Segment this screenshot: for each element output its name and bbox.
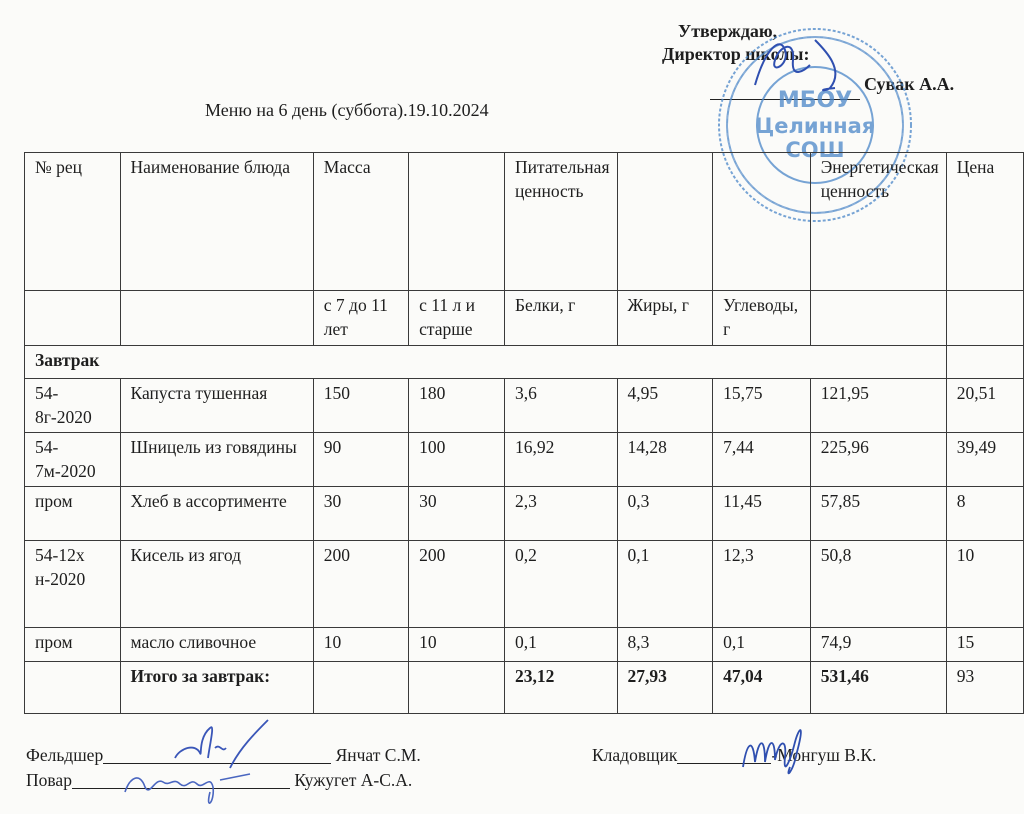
director-name: Сувак А.А. — [864, 74, 954, 94]
medic-signature-line: Фельдшер Янчат С.М. — [26, 745, 421, 766]
cell-price: 39,49 — [946, 433, 1023, 487]
cook-name: Кужугет А-С.А. — [294, 770, 412, 790]
cook-role: Повар — [26, 770, 72, 790]
cell-mass-11-plus: 200 — [409, 541, 505, 628]
cell-protein: 16,92 — [505, 433, 618, 487]
cook-signature-line: Повар Кужугет А-С.А. — [26, 770, 412, 791]
cell-mass-11-plus: 100 — [409, 433, 505, 487]
table-row: пром масло сливочное 10 10 0,1 8,3 0,1 7… — [25, 628, 1024, 662]
cell-energy: 121,95 — [810, 379, 946, 433]
cell-fat: 14,28 — [617, 433, 713, 487]
storekeeper-signature-line: Кладовщик-Монгуш В.К. — [592, 745, 876, 766]
header-row-2: с 7 до 11 лет с 11 л и старше Белки, г Ж… — [25, 291, 1024, 346]
subheader-fat: Жиры, г — [617, 291, 713, 346]
subheader-empty — [810, 291, 946, 346]
total-mass-empty — [313, 662, 408, 714]
cell-mass-7-11: 90 — [313, 433, 408, 487]
col-header-price: Цена — [946, 153, 1023, 291]
section-price-empty — [946, 346, 1023, 379]
cell-name: Хлеб в ассортименте — [120, 487, 313, 541]
cell-mass-7-11: 10 — [313, 628, 408, 662]
menu-table: № рец Наименование блюда Масса Питательн… — [24, 152, 1024, 714]
cell-carbs: 7,44 — [713, 433, 811, 487]
storekeeper-name: -Монгуш В.К. — [771, 745, 876, 765]
subheader-carbs: Углеводы, г — [713, 291, 811, 346]
subheader-mass-11-plus: с 11 л и старше — [409, 291, 505, 346]
cell-protein: 2,3 — [505, 487, 618, 541]
cell-code: пром — [25, 628, 121, 662]
cell-protein: 3,6 — [505, 379, 618, 433]
total-row: Итого за завтрак: 23,12 27,93 47,04 531,… — [25, 662, 1024, 714]
col-header-name: Наименование блюда — [120, 153, 313, 291]
total-code-empty — [25, 662, 121, 714]
total-protein: 23,12 — [505, 662, 618, 714]
signature-underline — [677, 763, 771, 764]
signature-underline — [72, 788, 290, 789]
cell-code: 54-7м-2020 — [25, 433, 121, 487]
col-header-empty — [713, 153, 811, 291]
cell-fat: 0,3 — [617, 487, 713, 541]
cell-energy: 50,8 — [810, 541, 946, 628]
page-title: Меню на 6 день (суббота).19.10.2024 — [205, 100, 489, 121]
col-header-code: № рец — [25, 153, 121, 291]
table-row: 54-12хн-2020 Кисель из ягод 200 200 0,2 … — [25, 541, 1024, 628]
cell-energy: 74,9 — [810, 628, 946, 662]
cell-name: Кисель из ягод — [120, 541, 313, 628]
col-header-nutrition: Питательная ценность — [505, 153, 618, 291]
cell-carbs: 12,3 — [713, 541, 811, 628]
cell-mass-7-11: 150 — [313, 379, 408, 433]
stamp-line-2: Целинная — [755, 114, 876, 138]
cell-fat: 0,1 — [617, 541, 713, 628]
total-mass-empty — [409, 662, 505, 714]
total-price: 93 — [946, 662, 1023, 714]
cell-carbs: 15,75 — [713, 379, 811, 433]
storekeeper-role: Кладовщик — [592, 745, 677, 765]
subheader-empty — [120, 291, 313, 346]
cell-mass-7-11: 200 — [313, 541, 408, 628]
approval-position: Директор школы: — [662, 43, 809, 66]
subheader-mass-7-11: с 7 до 11 лет — [313, 291, 408, 346]
cell-protein: 0,2 — [505, 541, 618, 628]
table-row: 54-8г-2020 Капуста тушенная 150 180 3,6 … — [25, 379, 1024, 433]
cell-name: Шницель из говядины — [120, 433, 313, 487]
approval-heading: Утверждаю, — [678, 20, 777, 43]
total-label: Итого за завтрак: — [120, 662, 313, 714]
header-row-1: № рец Наименование блюда Масса Питательн… — [25, 153, 1024, 291]
cell-mass-11-plus: 30 — [409, 487, 505, 541]
cell-price: 10 — [946, 541, 1023, 628]
table-row: пром Хлеб в ассортименте 30 30 2,3 0,3 1… — [25, 487, 1024, 541]
cell-name: Капуста тушенная — [120, 379, 313, 433]
subheader-empty — [946, 291, 1023, 346]
cell-fat: 8,3 — [617, 628, 713, 662]
cell-code: 54-12хн-2020 — [25, 541, 121, 628]
cell-energy: 225,96 — [810, 433, 946, 487]
cell-mass-11-plus: 10 — [409, 628, 505, 662]
cell-mass-7-11: 30 — [313, 487, 408, 541]
total-fat: 27,93 — [617, 662, 713, 714]
cell-fat: 4,95 — [617, 379, 713, 433]
cell-carbs: 11,45 — [713, 487, 811, 541]
cell-price: 8 — [946, 487, 1023, 541]
col-header-mass: Масса — [313, 153, 408, 291]
approval-signer: Сувак А.А. — [710, 73, 954, 100]
cell-carbs: 0,1 — [713, 628, 811, 662]
col-header-empty — [409, 153, 505, 291]
signature-underline — [103, 763, 331, 764]
cell-price: 20,51 — [946, 379, 1023, 433]
cell-energy: 57,85 — [810, 487, 946, 541]
cell-protein: 0,1 — [505, 628, 618, 662]
medic-name: Янчат С.М. — [336, 745, 421, 765]
table-row: 54-7м-2020 Шницель из говядины 90 100 16… — [25, 433, 1024, 487]
col-header-empty — [617, 153, 713, 291]
total-energy: 531,46 — [810, 662, 946, 714]
cell-mass-11-plus: 180 — [409, 379, 505, 433]
section-label: Завтрак — [25, 346, 947, 379]
cell-code: 54-8г-2020 — [25, 379, 121, 433]
section-row: Завтрак — [25, 346, 1024, 379]
cell-code-text: 54-12хн-2020 — [35, 543, 87, 591]
col-header-energy: Энергетическая ценность — [810, 153, 946, 291]
cell-price: 15 — [946, 628, 1023, 662]
medic-role: Фельдшер — [26, 745, 103, 765]
total-carbs: 47,04 — [713, 662, 811, 714]
subheader-protein: Белки, г — [505, 291, 618, 346]
signature-line — [710, 99, 860, 100]
subheader-empty — [25, 291, 121, 346]
cell-name: масло сливочное — [120, 628, 313, 662]
cell-code: пром — [25, 487, 121, 541]
